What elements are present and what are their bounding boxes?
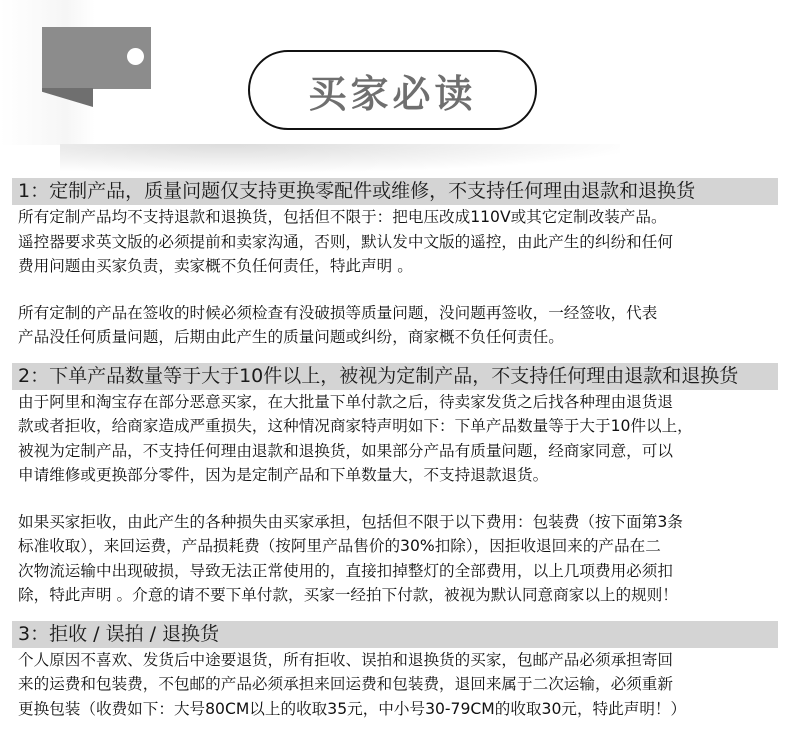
text-line: 来的运费和包装费，不包邮的产品必须承担来回运费和包装费，退回来属于二次运输，必须… (18, 672, 778, 697)
text-line: 除，特此声明 。介意的请不要下单付款，买家一经拍下付款，被视为默认同意商家以上的… (18, 583, 778, 608)
text-line: 所有定制的产品在签收的时候必须检查有没破损等质量问题，没问题再签收，一经签收，代… (18, 301, 778, 326)
section-2-paragraph-2: 如果买家拒收，由此产生的各种损失由买家承担，包括但不限于以下费用：包装费（按下面… (12, 510, 778, 608)
title-pill: 买家必读 (248, 50, 537, 130)
text-line: 由于阿里和淘宝存在部分恶意买家，在大批量下单付款之后，待卖家发货之后找各种理由退… (18, 390, 778, 415)
shadow-decoration (60, 144, 620, 172)
text-line: 所有定制产品均不支持退款和退换货，包括但不限于：把电压改成110V或其它定制改装… (18, 205, 778, 230)
text-line: 个人原因不喜欢、发货后中途要退货，所有拒收、误拍和退换货的买家，包邮产品必须承担… (18, 648, 778, 673)
section-3-heading: 3：拒收 / 误拍 / 退换货 (12, 621, 778, 648)
spacer (12, 608, 778, 621)
tag-hole-icon (127, 48, 144, 65)
text-line: 次物流运输中出现破损，导致无法正常使用的，直接扣掉整灯的全部费用，以上几项费用必… (18, 559, 778, 584)
text-line: 标准收取），来回运费，产品损耗费（按阿里产品售价的30%扣除），因拒收退回来的产… (18, 534, 778, 559)
section-3-paragraph-1: 个人原因不喜欢、发货后中途要退货，所有拒收、误拍和退换货的买家，包邮产品必须承担… (12, 648, 778, 722)
section-2-paragraph-1: 由于阿里和淘宝存在部分恶意买家，在大批量下单付款之后，待卖家发货之后找各种理由退… (12, 390, 778, 488)
section-2-heading: 2：下单产品数量等于大于10件以上，被视为定制产品，不支持任何理由退款和退换货 (12, 363, 778, 390)
section-1-heading: 1：定制产品，质量问题仅支持更换零配件或维修，不支持任何理由退款和退换货 (12, 178, 778, 205)
spacer (12, 350, 778, 363)
page-title: 买家必读 (308, 63, 476, 118)
text-line: 遥控器要求英文版的必须提前和卖家沟通，否则，默认发中文版的遥控，由此产生的纠纷和… (18, 230, 778, 255)
text-line: 更换包装（收费如下：大号80CM以上的收取35元，中小号30-79CM的收取30… (18, 697, 778, 722)
notice-content: 1：定制产品，质量问题仅支持更换零配件或维修，不支持任何理由退款和退换货 所有定… (12, 178, 778, 721)
section-1-paragraph-2: 所有定制的产品在签收的时候必须检查有没破损等质量问题，没问题再签收，一经签收，代… (12, 301, 778, 350)
text-line: 申请维修或更换部分零件，因为是定制产品和下单数量大，不支持退款退货。 (18, 463, 778, 488)
text-line: 费用问题由买家负责，卖家概不负任何责任，特此声明 。 (18, 254, 778, 279)
spacer (12, 279, 778, 301)
text-line: 如果买家拒收，由此产生的各种损失由买家承担，包括但不限于以下费用：包装费（按下面… (18, 510, 778, 535)
spacer (12, 488, 778, 510)
text-line: 被视为定制产品，不支持任何理由退款和退换货，如果部分产品有质量问题，经商家同意，… (18, 439, 778, 464)
section-1-paragraph-1: 所有定制产品均不支持退款和退换货，包括但不限于：把电压改成110V或其它定制改装… (12, 205, 778, 279)
text-line: 产品没任何质量问题，后期由此产生的质量问题或纠纷，商家概不负任何责任。 (18, 325, 778, 350)
text-line: 款或者拒收，给商家造成严重损失，这种情况商家特声明如下：下单产品数量等于大于10… (18, 414, 778, 439)
header-banner: 买家必读 (0, 0, 790, 175)
